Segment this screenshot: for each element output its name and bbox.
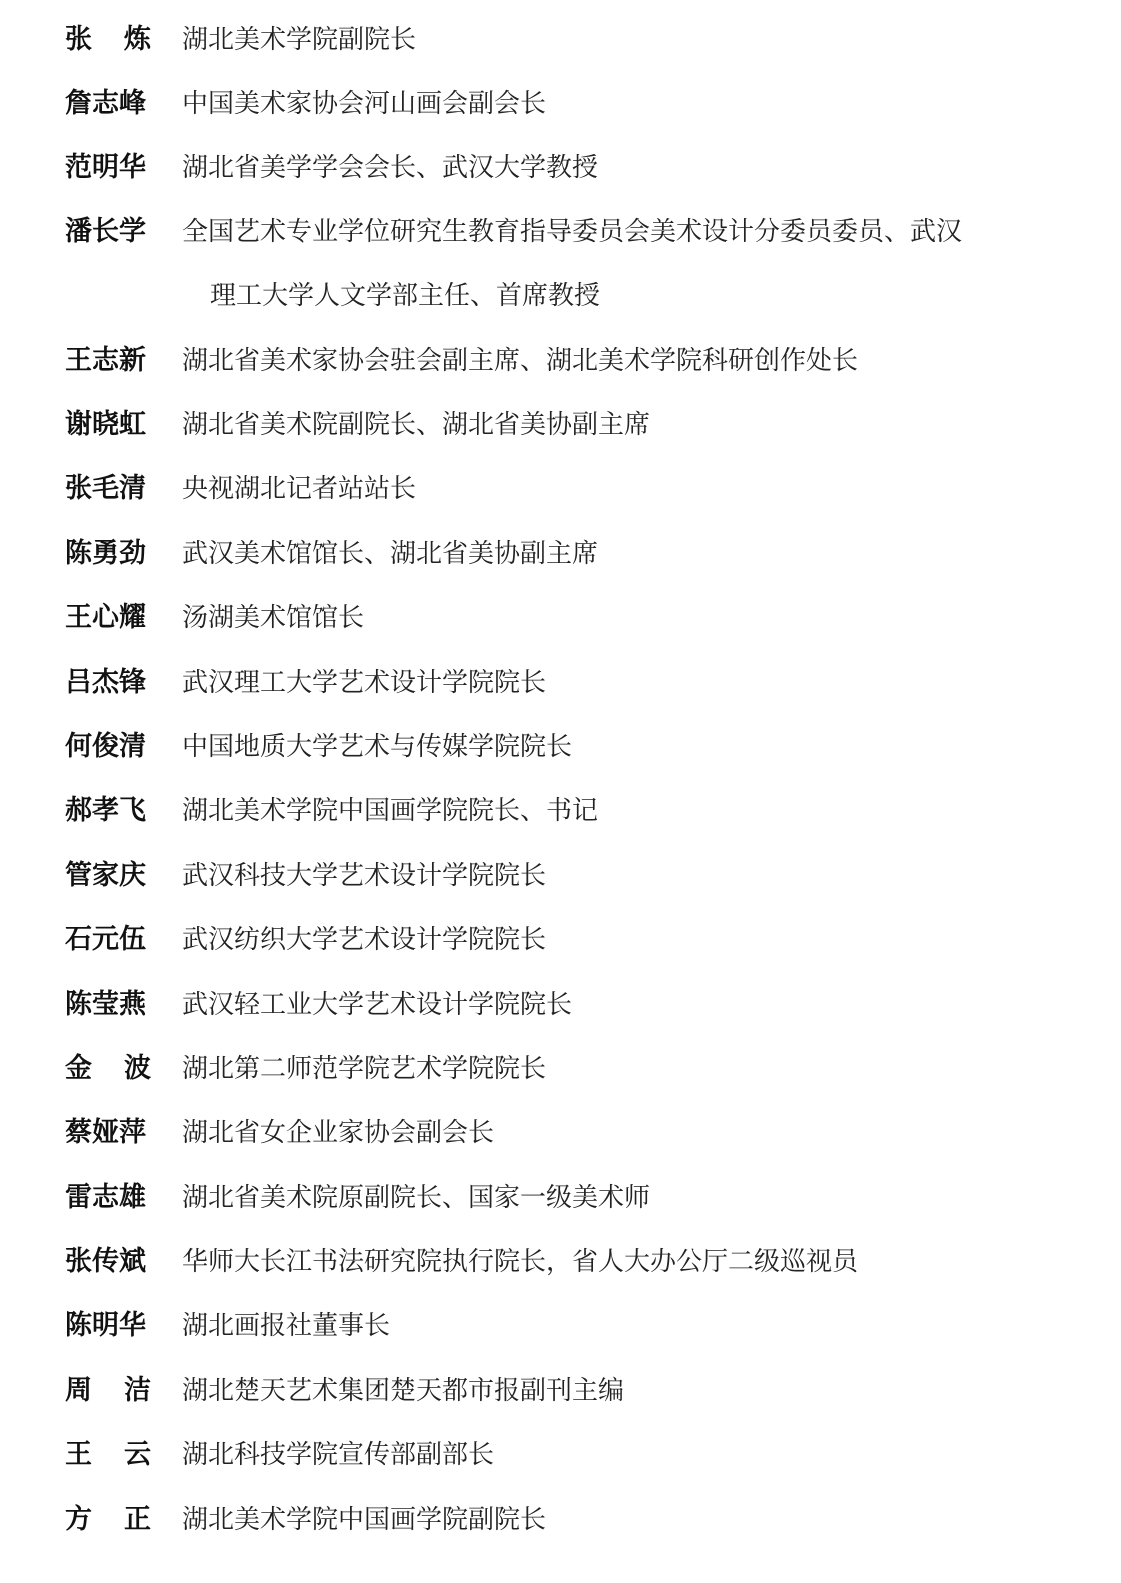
member-name: 张传斌 [65, 1242, 155, 1282]
list-item: 潘长学 全国艺术专业学位研究生教育指导委员会美术设计分委员委员、武汉 理工大学人… [0, 212, 1121, 340]
list-item: 郝孝飞 湖北美术学院中国画学院院长、书记 [0, 791, 1121, 855]
member-title: 湖北省美术院副院长、湖北省美协副主席 [182, 405, 650, 445]
name-char: 云 [124, 1435, 151, 1475]
member-name: 范明华 [65, 148, 155, 188]
member-name: 王心耀 [65, 598, 155, 638]
member-name: 吕杰锋 [65, 663, 155, 703]
list-item: 金 波 湖北第二师范学院艺术学院院长 [0, 1049, 1121, 1113]
member-title: 全国艺术专业学位研究生教育指导委员会美术设计分委员委员、武汉 [182, 212, 962, 252]
member-title: 湖北科技学院宣传部副部长 [182, 1435, 494, 1475]
list-item: 周 洁 湖北楚天艺术集团楚天都市报副刊主编 [0, 1371, 1121, 1435]
member-title: 湖北省女企业家协会副会长 [182, 1113, 494, 1153]
member-title-continuation: 理工大学人文学部主任、首席教授 [210, 276, 600, 316]
member-title: 湖北第二师范学院艺术学院院长 [182, 1049, 546, 1089]
member-name: 张毛清 [65, 469, 155, 509]
member-name: 张 炼 [65, 20, 151, 60]
list-item: 吕杰锋 武汉理工大学艺术设计学院院长 [0, 663, 1121, 727]
name-char: 洁 [124, 1371, 151, 1411]
list-item: 陈莹燕 武汉轻工业大学艺术设计学院院长 [0, 985, 1121, 1049]
name-char: 张 [65, 20, 92, 60]
member-name: 石元伍 [65, 920, 155, 960]
name-char: 王 [65, 1435, 92, 1475]
member-title: 湖北省美学学会会长、武汉大学教授 [182, 148, 598, 188]
member-title: 武汉纺织大学艺术设计学院院长 [182, 920, 546, 960]
name-char: 方 [65, 1500, 92, 1540]
name-char: 波 [124, 1049, 151, 1089]
member-name: 陈莹燕 [65, 985, 155, 1025]
member-name: 管家庆 [65, 856, 155, 896]
member-title: 中国地质大学艺术与传媒学院院长 [182, 727, 572, 767]
member-name: 陈明华 [65, 1306, 155, 1346]
list-item: 何俊清 中国地质大学艺术与传媒学院院长 [0, 727, 1121, 791]
member-title: 武汉美术馆馆长、湖北省美协副主席 [182, 534, 598, 574]
list-item: 石元伍 武汉纺织大学艺术设计学院院长 [0, 920, 1121, 984]
list-item: 谢晓虹 湖北省美术院副院长、湖北省美协副主席 [0, 405, 1121, 469]
member-name: 詹志峰 [65, 84, 155, 124]
member-name: 雷志雄 [65, 1178, 155, 1218]
list-item: 雷志雄 湖北省美术院原副院长、国家一级美术师 [0, 1178, 1121, 1242]
member-title: 湖北省美术院原副院长、国家一级美术师 [182, 1178, 650, 1218]
member-name: 金 波 [65, 1049, 151, 1089]
list-item: 王志新 湖北省美术家协会驻会副主席、湖北美术学院科研创作处长 [0, 341, 1121, 405]
list-item: 詹志峰 中国美术家协会河山画会副会长 [0, 84, 1121, 148]
member-title: 湖北画报社董事长 [182, 1306, 390, 1346]
member-title: 武汉理工大学艺术设计学院院长 [182, 663, 546, 703]
name-char: 金 [65, 1049, 92, 1089]
list-item: 管家庆 武汉科技大学艺术设计学院院长 [0, 856, 1121, 920]
list-item: 王 云 湖北科技学院宣传部副部长 [0, 1435, 1121, 1499]
list-item: 张 炼 湖北美术学院副院长 [0, 20, 1121, 84]
list-item: 蔡娅萍 湖北省女企业家协会副会长 [0, 1113, 1121, 1177]
name-char: 炼 [124, 20, 151, 60]
member-name: 王志新 [65, 341, 155, 381]
list-item: 张传斌 华师大长江书法研究院执行院长，省人大办公厅二级巡视员 [0, 1242, 1121, 1306]
member-name: 周 洁 [65, 1371, 151, 1411]
member-name: 蔡娅萍 [65, 1113, 155, 1153]
list-item: 陈明华 湖北画报社董事长 [0, 1306, 1121, 1370]
member-title: 湖北美术学院中国画学院副院长 [182, 1500, 546, 1540]
member-title: 湖北美术学院副院长 [182, 20, 416, 60]
list-item: 范明华 湖北省美学学会会长、武汉大学教授 [0, 148, 1121, 212]
member-title: 湖北省美术家协会驻会副主席、湖北美术学院科研创作处长 [182, 341, 858, 381]
member-name: 郝孝飞 [65, 791, 155, 831]
list-item: 方 正 湖北美术学院中国画学院副院长 [0, 1500, 1121, 1564]
member-name: 陈勇劲 [65, 534, 155, 574]
member-title: 汤湖美术馆馆长 [182, 598, 364, 638]
member-title: 武汉轻工业大学艺术设计学院院长 [182, 985, 572, 1025]
member-title: 武汉科技大学艺术设计学院院长 [182, 856, 546, 896]
list-item: 张毛清 央视湖北记者站站长 [0, 469, 1121, 533]
member-title: 华师大长江书法研究院执行院长，省人大办公厅二级巡视员 [182, 1242, 858, 1282]
member-name: 方 正 [65, 1500, 151, 1540]
name-char: 正 [124, 1500, 151, 1540]
member-name: 何俊清 [65, 727, 155, 767]
member-name: 谢晓虹 [65, 405, 155, 445]
member-name: 王 云 [65, 1435, 151, 1475]
member-title: 湖北楚天艺术集团楚天都市报副刊主编 [182, 1371, 624, 1411]
member-title: 湖北美术学院中国画学院院长、书记 [182, 791, 598, 831]
list-item: 陈勇劲 武汉美术馆馆长、湖北省美协副主席 [0, 534, 1121, 598]
member-title: 央视湖北记者站站长 [182, 469, 416, 509]
list-item: 王心耀 汤湖美术馆馆长 [0, 598, 1121, 662]
name-char: 周 [65, 1371, 92, 1411]
member-title: 中国美术家协会河山画会副会长 [182, 84, 546, 124]
member-name: 潘长学 [65, 212, 155, 252]
